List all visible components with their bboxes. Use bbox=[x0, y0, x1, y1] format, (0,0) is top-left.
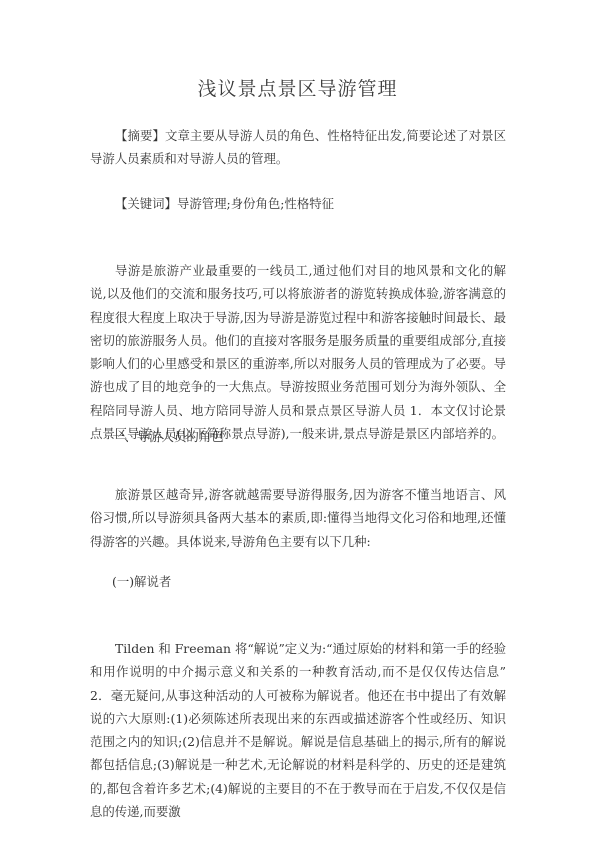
section-heading-guide-roles: 一、导游人员的角色 bbox=[90, 425, 528, 448]
subsection-heading-interpreter: (一)解说者 bbox=[90, 570, 528, 593]
body-paragraph-interpreter: Tilden 和 Freeman 将“解说”定义为:“通过原始的材料和第一手的经… bbox=[90, 637, 506, 823]
keywords-paragraph: 【关键词】导游管理;身份角色;性格特征 bbox=[90, 192, 506, 215]
document-title: 浅议景点景区导游管理 bbox=[0, 74, 595, 101]
keywords-label: 【关键词】 bbox=[115, 196, 177, 211]
body-paragraph-intro: 导游是旅游产业最重要的一线员工,通过他们对目的地风景和文化的解说,以及他们的交流… bbox=[90, 259, 506, 445]
abstract-paragraph: 【摘要】文章主要从导游人员的角色、性格特征出发,简要论述了对景区导游人员素质和对… bbox=[90, 124, 506, 171]
abstract-label: 【摘要】 bbox=[115, 128, 165, 143]
body-paragraph-roles: 旅游景区越奇异,游客就越需要导游得服务,因为游客不懂当地语言、风俗习惯,所以导游… bbox=[90, 483, 506, 553]
keywords-text: 导游管理;身份角色;性格特征 bbox=[177, 196, 334, 211]
document-page: 浅议景点景区导游管理 【摘要】文章主要从导游人员的角色、性格特征出发,简要论述了… bbox=[0, 0, 595, 842]
